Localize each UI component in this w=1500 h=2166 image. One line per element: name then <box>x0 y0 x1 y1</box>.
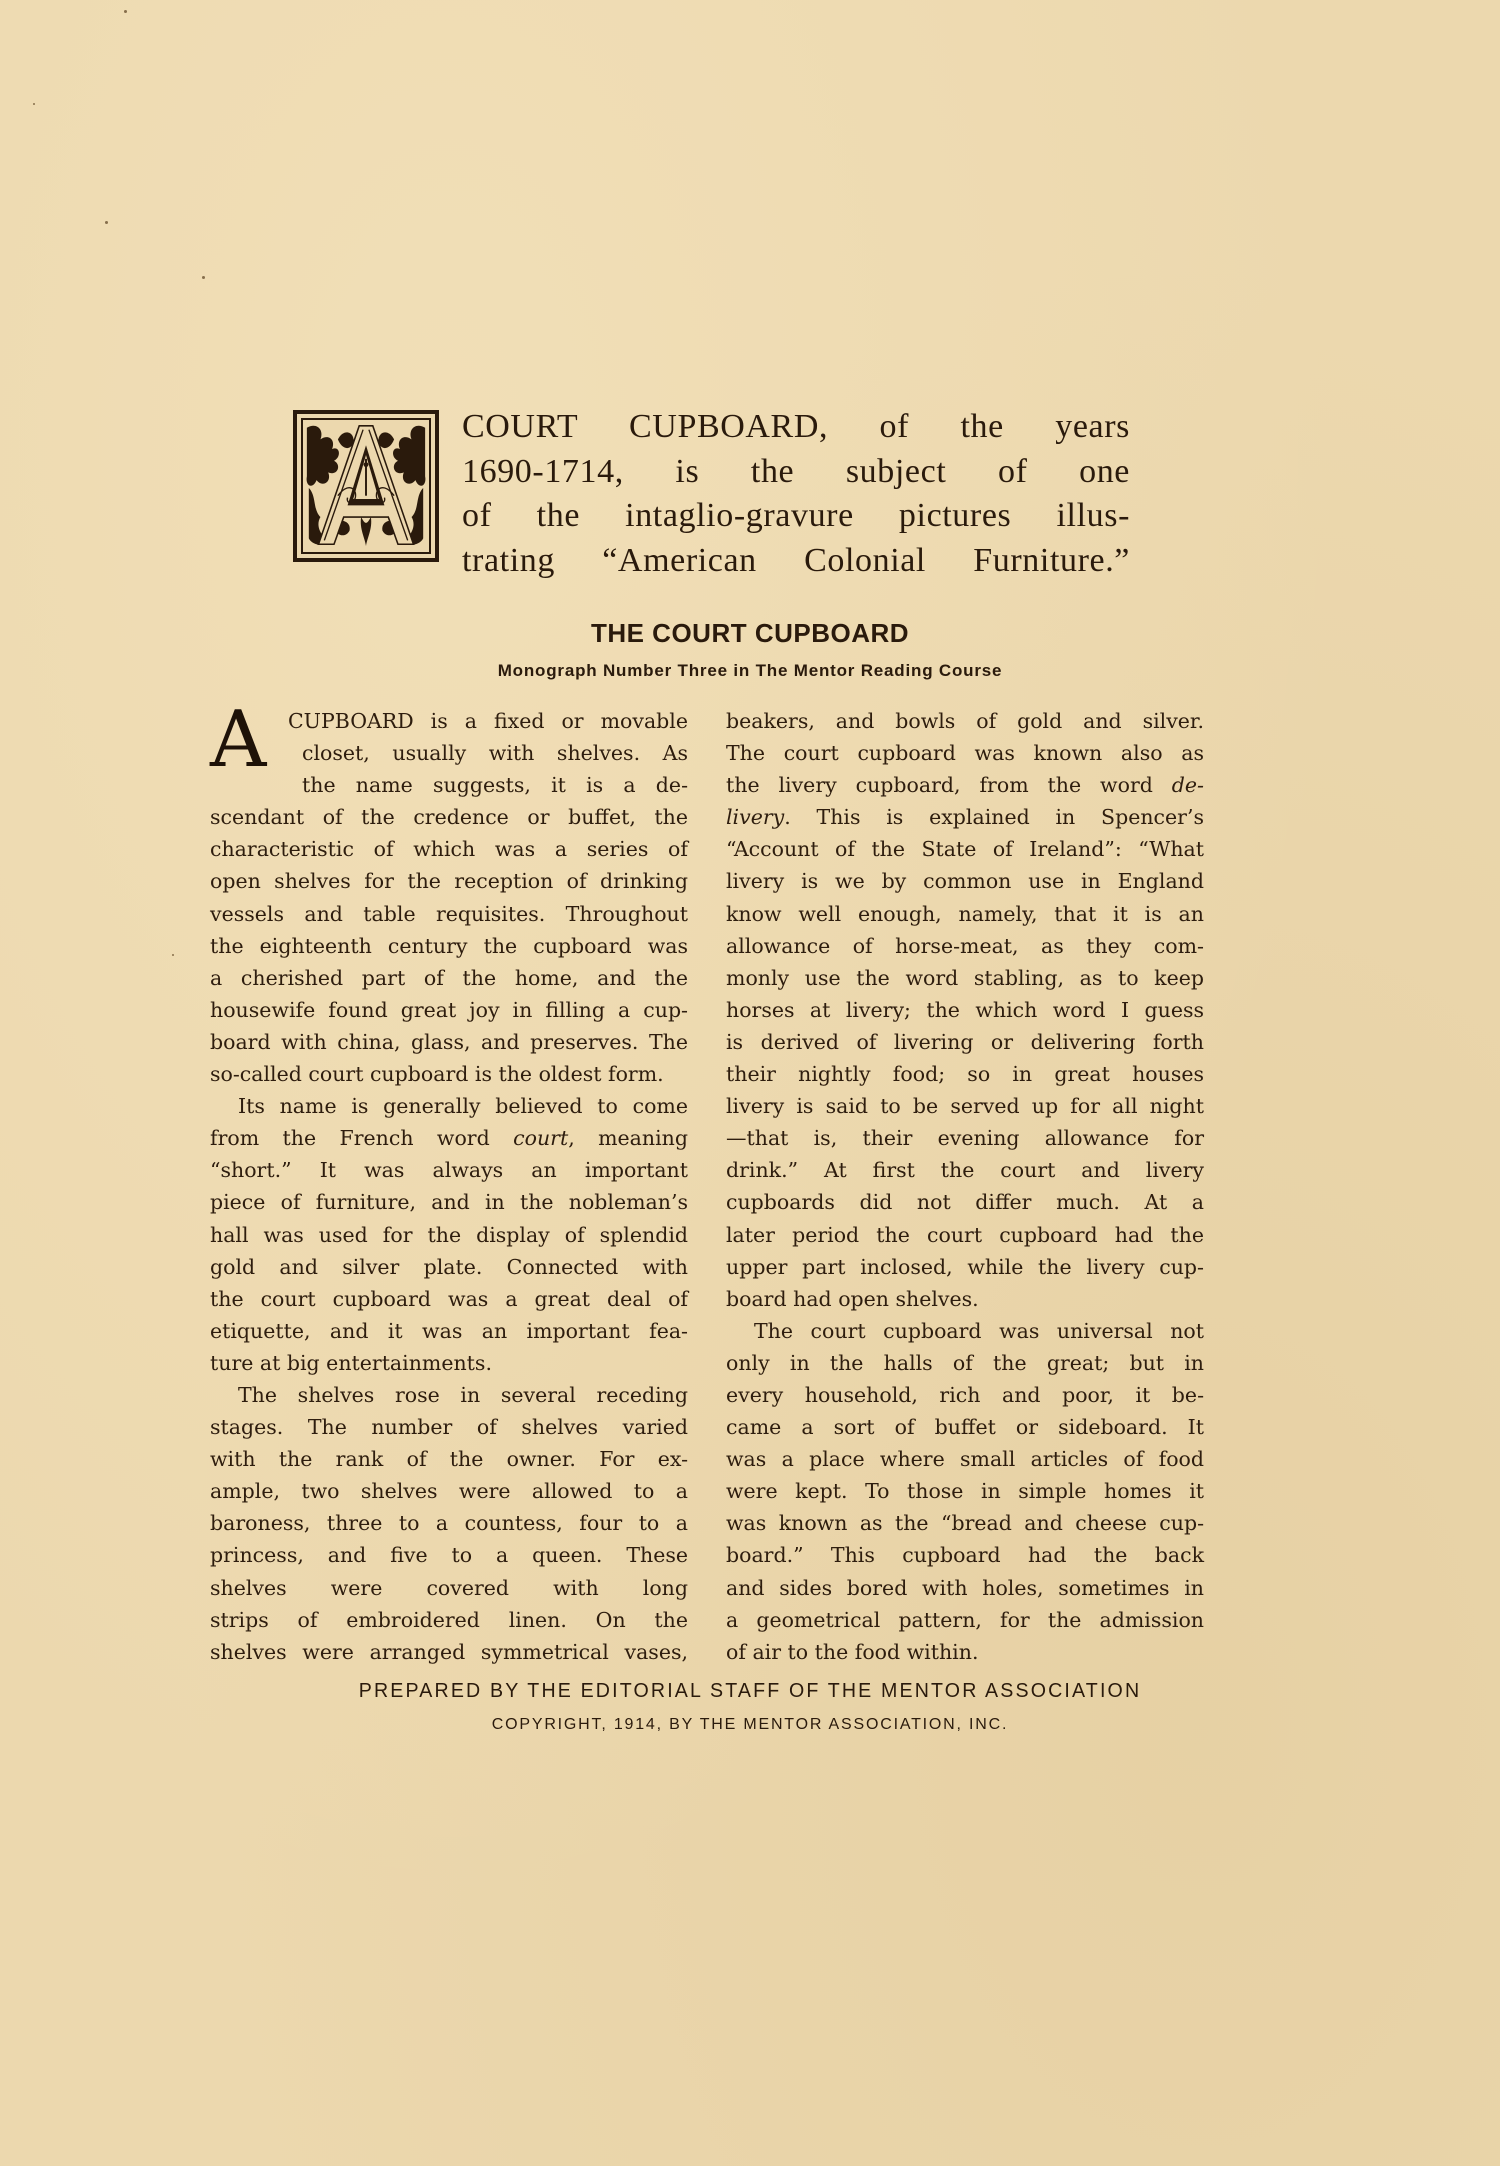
ornamental-initial <box>293 410 439 562</box>
body-line: strips of embroidered linen. On the <box>210 1604 688 1636</box>
monograph-subtitle: Monograph Number Three in The Mentor Rea… <box>0 661 1500 681</box>
body-line: gold and silver plate. Connected with <box>210 1251 688 1283</box>
body-line: The court cupboard was known also as <box>726 737 1204 769</box>
body-line: monly use the word stabling, as to keep <box>726 962 1204 994</box>
headline-line: of the intaglio-gravure pictures illus- <box>462 494 1130 539</box>
body-line: vessels and table requisites. Throughout <box>210 898 688 930</box>
paper-speck <box>124 10 127 13</box>
body-line: scendant of the credence or buffet, the <box>210 801 688 833</box>
body-line: from the French word court, meaning <box>210 1122 688 1154</box>
body-line: “short.” It was always an important <box>210 1154 688 1186</box>
body-line: piece of furniture, and in the nobleman’… <box>210 1186 688 1218</box>
body-line: cupboards did not differ much. At a <box>726 1186 1204 1218</box>
body-line: livery. This is explained in Spencer’s <box>726 801 1204 833</box>
body-line: —that is, their evening allowance for <box>726 1122 1204 1154</box>
body-line: the livery cupboard, from the word de- <box>726 769 1204 801</box>
ornamental-letter-a-icon <box>301 418 431 554</box>
body-line: came a sort of buffet or sideboard. It <box>726 1411 1204 1443</box>
body-line: baroness, three to a countess, four to a <box>210 1507 688 1539</box>
headline-intro: COURT CUPBOARD, of the years 1690-1714, … <box>462 405 1130 583</box>
body-line: board with china, glass, and preserves. … <box>210 1026 688 1058</box>
body-line: characteristic of which was a series of <box>210 833 688 865</box>
body-line: ture at big entertainments. <box>210 1347 688 1379</box>
body-line: board had open shelves. <box>726 1283 1204 1315</box>
body-line: later period the court cupboard had the <box>726 1219 1204 1251</box>
body-line: of air to the food within. <box>726 1636 1204 1668</box>
italic-term: court <box>513 1126 568 1150</box>
italic-term: de- <box>1172 773 1204 797</box>
body-text: . This is explained in Spencer’s <box>784 805 1204 829</box>
body-line: a geometrical pattern, for the admission <box>726 1604 1204 1636</box>
body-line: and sides bored with holes, sometimes in <box>726 1572 1204 1604</box>
body-line: Its name is generally believed to come <box>210 1090 688 1122</box>
body-line: drink.” At first the court and livery <box>726 1154 1204 1186</box>
body-line: their nightly food; so in great houses <box>726 1058 1204 1090</box>
body-line: beakers, and bowls of gold and silver. <box>726 705 1204 737</box>
body-line: only in the halls of the great; but in <box>726 1347 1204 1379</box>
body-line: were kept. To those in simple homes it <box>726 1475 1204 1507</box>
body-line: the eighteenth century the cupboard was <box>210 930 688 962</box>
body-line: hall was used for the display of splendi… <box>210 1219 688 1251</box>
body-line: CUPBOARD is a fixed or movable <box>210 705 688 737</box>
body-line: every household, rich and poor, it be- <box>726 1379 1204 1411</box>
body-line: livery is we by common use in England <box>726 865 1204 897</box>
italic-term: livery <box>726 805 784 829</box>
body-column-left: A CUPBOARD is a fixed or movable closet,… <box>210 705 688 1668</box>
paper-speck <box>172 954 174 956</box>
body-text: , meaning <box>568 1126 688 1150</box>
body-line: was known as the “bread and cheese cup- <box>726 1507 1204 1539</box>
body-line: the name suggests, it is a de- <box>210 769 688 801</box>
paper-speck <box>202 276 205 279</box>
body-line: so-called court cupboard is the oldest f… <box>210 1058 688 1090</box>
body-line: closet, usually with shelves. As <box>210 737 688 769</box>
body-line: housewife found great joy in filling a c… <box>210 994 688 1026</box>
body-line: stages. The number of shelves varied <box>210 1411 688 1443</box>
paper-speck <box>105 221 108 224</box>
body-line: is derived of livering or delivering for… <box>726 1026 1204 1058</box>
drop-cap: A <box>210 705 266 775</box>
body-line: etiquette, and it was an important fea- <box>210 1315 688 1347</box>
copyright-notice: COPYRIGHT, 1914, BY THE MENTOR ASSOCIATI… <box>0 1716 1500 1734</box>
body-line: ample, two shelves were allowed to a <box>210 1475 688 1507</box>
body-column-right: beakers, and bowls of gold and silver. T… <box>726 705 1204 1668</box>
body-line: was a place where small articles of food <box>726 1443 1204 1475</box>
body-line: shelves were arranged symmetrical vases, <box>210 1636 688 1668</box>
body-line: upper part inclosed, while the livery cu… <box>726 1251 1204 1283</box>
body-line: a cherished part of the home, and the <box>210 962 688 994</box>
headline-line: 1690-1714, is the subject of one <box>462 450 1130 495</box>
body-line: princess, and five to a queen. These <box>210 1539 688 1571</box>
body-line: horses at livery; the which word I guess <box>726 994 1204 1026</box>
document-page: COURT CUPBOARD, of the years 1690-1714, … <box>0 0 1500 2166</box>
body-line: The shelves rose in several receding <box>210 1379 688 1411</box>
monograph-title: THE COURT CUPBOARD <box>0 618 1500 649</box>
headline-line: trating “American Colonial Furniture.” <box>462 539 1130 584</box>
body-line: the court cupboard was a great deal of <box>210 1283 688 1315</box>
headline-line: COURT CUPBOARD, of the years <box>462 405 1130 450</box>
body-line: know well enough, namely, that it is an <box>726 898 1204 930</box>
body-line: livery is said to be served up for all n… <box>726 1090 1204 1122</box>
body-line: with the rank of the owner. For ex- <box>210 1443 688 1475</box>
body-line: board.” This cupboard had the back <box>726 1539 1204 1571</box>
prepared-by-credit: PREPARED BY THE EDITORIAL STAFF OF THE M… <box>15 1680 1485 1703</box>
body-line: allowance of horse-meat, as they com- <box>726 930 1204 962</box>
body-line: “Account of the State of Ireland”: “What <box>726 833 1204 865</box>
body-text: the livery cupboard, from the word <box>726 773 1153 797</box>
body-line: The court cupboard was universal not <box>726 1315 1204 1347</box>
body-line: open shelves for the reception of drinki… <box>210 865 688 897</box>
paper-speck <box>33 103 35 105</box>
body-text: from the French word <box>210 1126 490 1150</box>
body-line: shelves were covered with long <box>210 1572 688 1604</box>
